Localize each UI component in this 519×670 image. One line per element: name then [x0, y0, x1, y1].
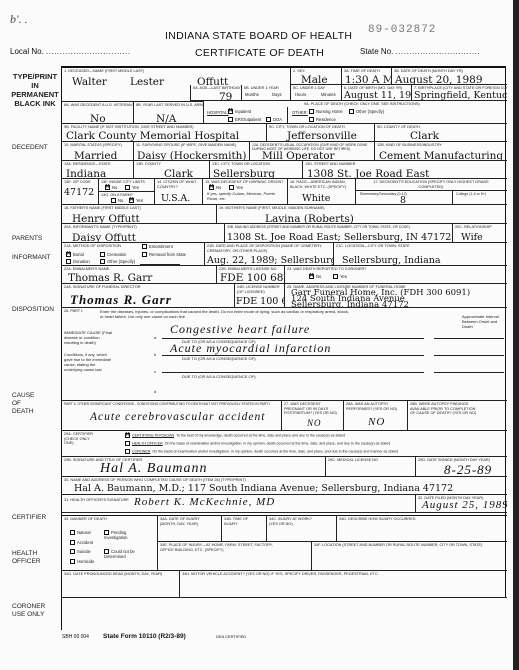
corner-annotation: b'. .	[10, 12, 28, 27]
field-facility[interactable]: 9b. FACILITY NAME (If not institution, g…	[62, 124, 267, 142]
field-completer[interactable]: 30. NAME AND ADDRESS OF PERSON WHO COMPL…	[62, 477, 507, 495]
section-coroner: CORONER USE ONLY	[12, 603, 48, 619]
field-spouse[interactable]: 11. SURVIVING SPOUSE (If wife, give maid…	[134, 142, 250, 161]
field-city-of-death[interactable]: 9c. CITY, TOWN OR LOCATION OF DEATH Jeff…	[267, 124, 375, 142]
coroner-reported-label: 23. WAS DEATH REPORTED TO CORONER?	[287, 267, 366, 272]
informant-address-value: 1308 St. Joe Road East; Sellersburg, IN …	[227, 232, 451, 243]
health-officer-sig-label: 31. HEALTH OFFICER'S SIGNATURE	[64, 498, 129, 503]
inpatient-text: Inpatient	[235, 109, 251, 114]
option-other-disposition[interactable]: Other (Specify)	[100, 259, 135, 264]
er-checkbox[interactable]	[228, 117, 233, 122]
certifying-physician-text: CERTIFYING PHYSICIAN	[132, 433, 174, 437]
informant-name-value: Daisy Offutt	[72, 232, 136, 243]
field-embalmer-license[interactable]: 22b. EMBALMER'S LICENSE NO FDE 100 683	[217, 266, 285, 284]
pregnant-label: 27. WAS DECEDENT PREGNANT OR 90 DAYS POS…	[284, 402, 339, 416]
farm-no[interactable]: No	[111, 198, 123, 203]
certified-mark: DEA CERTIFIED	[216, 634, 246, 639]
interval-b-line	[434, 355, 504, 356]
inside-city-no-checkbox[interactable]	[105, 185, 110, 190]
funeral-license-label: 24b. LICENSE NUMBER (of licensee)	[237, 285, 283, 294]
field-time-of-death[interactable]: 3a. TIME OF DEATH 1:30 A M	[342, 68, 392, 85]
field-on-a-farm: 13g. ON A FARM? No Yes	[99, 192, 155, 205]
field-disposition-method: 21a. METHOD OF DISPOSITION Entombment Bu…	[62, 243, 205, 266]
relationship-value: Wife	[461, 232, 483, 243]
entombment-text: Entombment	[149, 244, 173, 249]
manner-label: 33. MANNER OF DEATH	[64, 517, 107, 522]
motor-vehicle-label: 34h. MOTOR VEHICLE ACCIDENT? (Yes or no)…	[182, 572, 379, 577]
date-of-birth-value: August 11, 1910	[344, 90, 412, 101]
citizen-of-value: U.S.A.	[161, 193, 190, 204]
field-autopsy[interactable]: 28a. WAS AN AUTOPSY PERFORMED? (Yes or n…	[344, 401, 408, 431]
manner-undetermined[interactable]: Could not be Determined	[104, 549, 140, 559]
field-date-of-birth[interactable]: 6. DATE OF BIRTH (Mo. Day Yr) August 11,…	[342, 85, 412, 101]
certificate-form: 1. DECEASED—NAME (First Middle Last) Wal…	[61, 66, 506, 630]
type-print-instruction: TYPE/PRINT IN PERMANENT BLACK INK	[10, 72, 60, 108]
field-residence-city[interactable]: 13c. CITY, TOWN OR LOCATION Sellersburg	[210, 161, 303, 179]
field-marital-status[interactable]: 10. MARITAL STATUS (Specify) Married	[62, 142, 134, 161]
date-filed-value: August 25, 1989	[422, 499, 507, 511]
father-label: 18. FATHER'S NAME (First Middle Last)	[64, 206, 141, 211]
field-residence-county[interactable]: 13b. COUNTY Clark	[134, 161, 210, 179]
suicide-checkbox[interactable]	[70, 549, 75, 554]
field-race[interactable]: 16. RACE—American Indian, Black, White e…	[288, 179, 356, 205]
date-signed-value: 8-25-89	[444, 462, 492, 477]
education-label: 17. DECEDENT'S EDUCATION (Specify only h…	[361, 180, 501, 189]
option-removal[interactable]: Removal from State	[142, 252, 186, 257]
manner-pending[interactable]: Pending Investigation	[104, 530, 139, 540]
section-disposition: DISPOSITION	[12, 306, 54, 314]
hispanic-no-text: No	[216, 185, 221, 190]
hispanic-hint: If yes, specify Cuban, Mexican, Puerto R…	[207, 191, 287, 201]
year-served-value: N/A	[156, 113, 176, 124]
field-manner-of-death: 33. MANNER OF DEATH Natural Pending Inve…	[62, 515, 158, 571]
industry-label: 12b. KIND OF BUSINESS/INDUSTRY	[377, 143, 442, 148]
pending-checkbox[interactable]	[104, 530, 109, 535]
facility-label: 9b. FACILITY NAME (If not institution, g…	[64, 125, 194, 130]
informant-name-label: 20a. INFORMANT'S NAME (Type/Print)	[64, 225, 137, 230]
hispanic-label: 15. WAS DECEDENT OF HISPANIC ORIGIN?	[205, 180, 283, 185]
date-of-death-label: 3b. DATE OF DEATH (Month Day Yr)	[394, 69, 463, 74]
section-cause-of-death: CAUSE OF DEATH	[12, 392, 42, 416]
er-text: ER/Outpatient	[235, 117, 261, 122]
hispanic-yes-checkbox[interactable]	[229, 185, 234, 190]
field-street[interactable]: 13d. STREET AND NUMBER 1308 St. Joe Road…	[303, 161, 507, 179]
embalmer-name-value: Thomas R. Garr	[68, 272, 152, 284]
disposition-place-label: 21b. DATE AND PLACE OF DISPOSITION (Name…	[207, 244, 332, 253]
part1-instructions: Enter the diseases, injuries, or complic…	[100, 309, 350, 319]
field-education: 17. DECEDENT'S EDUCATION (Specify only h…	[356, 179, 507, 205]
health-officer-signature: Robert K. McKechnie, MD	[134, 496, 275, 508]
removal-text: Removal from State	[149, 252, 186, 257]
due-to-c: DUE TO (OR AS A CONSEQUENCE OF):	[182, 374, 257, 379]
mother-value: Lavina (Roberts)	[265, 213, 354, 224]
injury-how-label: 34d. DESCRIBE HOW INJURY OCCURRED	[339, 517, 415, 522]
part2-label: PART II. Other significant conditions - …	[64, 402, 270, 407]
disposition-place-value: Aug. 22, 1989; Sellersburg Cemetery	[207, 255, 334, 266]
farm-yes-text: Yes	[136, 198, 143, 203]
coroner-yes[interactable]: Yes	[333, 274, 347, 279]
street-value: 1308 St. Joe Road East	[307, 168, 429, 179]
burial-checkbox[interactable]	[66, 252, 71, 257]
residence-county-label: 13b. COUNTY	[136, 162, 161, 167]
sex-value: Male	[301, 74, 328, 85]
residence-state-label: 13a. RESIDENCE—STATE	[64, 162, 111, 167]
interval-a-line	[434, 338, 504, 339]
line-b-letter: b	[154, 352, 156, 357]
manner-homicide[interactable]: Homicide	[70, 559, 94, 564]
section-informant: INFORMANT	[12, 254, 51, 262]
field-motor-vehicle[interactable]: 34h. MOTOR VEHICLE ACCIDENT? (Yes or no)…	[180, 571, 507, 598]
homicide-checkbox[interactable]	[70, 559, 75, 564]
residence-city-label: 13c. CITY, TOWN OR LOCATION	[212, 162, 270, 167]
field-sex[interactable]: 2. SEX Male	[291, 68, 342, 85]
health-officer-checkbox[interactable]	[125, 441, 130, 446]
field-certifier-signature[interactable]: 29b. SIGNATURE AND TITLE OF CERTIFIER Ha…	[62, 457, 326, 477]
field-residence-state[interactable]: 13a. RESIDENCE—STATE Indiana	[62, 161, 134, 179]
hispanic-yes[interactable]: Yes	[229, 185, 243, 190]
injury-date-label: 34a. DATE OF INJURY (Month, Day, Year)	[160, 517, 210, 526]
option-other[interactable]: Other (Specify)	[349, 109, 384, 114]
coroner-no-checkbox[interactable]	[309, 274, 314, 279]
field-date-of-death[interactable]: 3b. DATE OF DEATH (Month Day Yr) August …	[392, 68, 507, 85]
certifier-signature: Hal A. Baumann	[100, 461, 207, 477]
city-of-death-value: Jeffersonville	[287, 130, 357, 142]
other-disposition-text: Other (Specify)	[107, 259, 135, 264]
embalmer-license-label: 22b. EMBALMER'S LICENSE NO	[219, 267, 277, 272]
manner-natural[interactable]: Natural	[70, 530, 91, 535]
embalmer-license-value: FDE 100 683	[220, 272, 285, 284]
accident-text: Accident	[77, 540, 93, 545]
option-residence[interactable]: Residence	[309, 117, 336, 122]
field-year-served[interactable]: 8b. YEAR LAST SERVED IN U.S. ARMED FORCE…	[134, 101, 204, 124]
other-checkbox[interactable]	[349, 109, 354, 114]
option-cremation[interactable]: Cremation	[100, 252, 126, 257]
veteran-value: No	[90, 113, 106, 124]
field-under-1-day[interactable]: 5c. UNDER 1 DAY Hours Minutes	[291, 85, 342, 101]
field-place-of-death: 9a. PLACE OF DEATH (Check only one. See …	[204, 101, 507, 124]
field-injury-place[interactable]: 34e. PLACE OF INJURY—At home, farm, stre…	[158, 542, 312, 571]
education-college-label: College (1-4 or 5+)	[456, 192, 486, 196]
inside-city-yes-text: Yes	[132, 185, 139, 190]
field-informant-name[interactable]: 20a. INFORMANT'S NAME (Type/Print) Daisy…	[62, 224, 225, 243]
street-label: 13d. STREET AND NUMBER	[305, 162, 355, 167]
field-certifier-type: 29a. CERTIFIER (Check only one) CERTIFYI…	[62, 431, 507, 457]
disposition-location-value: Sellersburg, Indiana	[342, 255, 441, 266]
nursing-home-checkbox[interactable]	[309, 109, 314, 114]
field-medical-license[interactable]: 29c. MEDICAL LICENSE NO	[326, 457, 416, 477]
hispanic-yes-text: Yes	[236, 185, 243, 190]
age-label: 5a. AGE—Last Birthday (Years)	[193, 86, 242, 91]
coroner-text: CORONER	[132, 449, 150, 453]
section-health-officer: HEALTH OFFICER	[12, 550, 48, 566]
state-no-label: State No.	[360, 47, 393, 56]
time-of-death-value: 1:30 A M	[345, 74, 392, 85]
funeral-director-sig-label: 24a. SIGNATURE OF FUNERAL DIRECTOR	[64, 285, 141, 290]
state-no-field: State No. ..............................…	[360, 47, 480, 56]
race-label: 16. RACE—American Indian, Black, White e…	[290, 180, 352, 189]
coroner-yes-text: Yes	[340, 274, 347, 279]
residence-city-value: Sellersburg	[213, 168, 275, 179]
certifier-type-label: 29a. CERTIFIER (Check only one)	[64, 432, 94, 446]
county-of-death-value: Clark	[410, 130, 439, 142]
donation-checkbox[interactable]	[66, 259, 71, 264]
injury-time-label: 34b. TIME OF INJURY	[224, 517, 254, 526]
field-father[interactable]: 18. FATHER'S NAME (First Middle Last) He…	[62, 205, 217, 224]
coroner-checkbox[interactable]	[125, 449, 130, 454]
citizen-of-label: 14. CITIZEN OF WHAT COUNTRY?	[157, 180, 199, 189]
part2-value: Acute cerebrovascular accident	[90, 411, 265, 423]
donation-text: Donation	[73, 259, 90, 264]
nursing-home-text: Nursing Home	[316, 109, 343, 114]
option-nursing-home[interactable]: Nursing Home	[309, 109, 343, 114]
completer-value: Hal A. Baumann, M.D.; 117 South Indiana …	[74, 483, 453, 494]
field-injury-location[interactable]: 34f. LOCATION (Street and Number or Rura…	[312, 542, 507, 571]
field-injury-date[interactable]: 34a. DATE OF INJURY (Month, Day, Year)	[158, 515, 222, 542]
injury-place-label: 34e. PLACE OF INJURY—At home, farm, stre…	[160, 543, 280, 552]
part1-label: 26. PART I:	[64, 309, 83, 314]
conditions-label: Conditions, if any, which gave rise to t…	[64, 352, 112, 372]
accident-checkbox[interactable]	[70, 540, 75, 545]
field-zip[interactable]: 13e. ZIP CODE 47172	[62, 179, 99, 205]
field-part-2[interactable]: PART II. Other significant conditions - …	[62, 401, 282, 431]
field-occupation[interactable]: 12a. DECEDENT'S USUAL OCCUPATION (Give k…	[250, 142, 375, 161]
inpatient-checkbox[interactable]	[228, 109, 233, 114]
residence-checkbox[interactable]	[309, 117, 314, 122]
field-funeral-license[interactable]: 24b. LICENSE NUMBER (of licensee) FDE 10…	[235, 284, 285, 308]
farm-yes-checkbox[interactable]	[129, 198, 134, 203]
hispanic-no-checkbox[interactable]	[209, 185, 214, 190]
field-pronounced-dead[interactable]: 34g. DATE PRONOUNCED DEAD (Month, Day, Y…	[62, 571, 180, 598]
field-disposition-location[interactable]: 21c. LOCATION—City or Town, State Seller…	[334, 243, 507, 266]
entombment-checkbox[interactable]	[142, 244, 147, 249]
completer-label: 30. NAME AND ADDRESS OF PERSON WHO COMPL…	[64, 478, 246, 483]
field-date-signed[interactable]: 29d. DATE SIGNED (Month Day Year) 8-25-8…	[416, 457, 507, 477]
certificate-title: CERTIFICATE OF DEATH	[195, 47, 324, 59]
minutes-label: Minutes	[321, 92, 336, 97]
disposition-location-label: 21c. LOCATION—City or Town, State	[336, 244, 410, 249]
section-parents: PARENTS	[12, 235, 42, 243]
undetermined-checkbox[interactable]	[104, 549, 109, 554]
field-date-filed[interactable]: 32. DATE FILED (Month Day Year) August 2…	[416, 495, 507, 513]
field-informant-address[interactable]: 20b. MAILING ADDRESS (Street and Number …	[225, 224, 453, 243]
spouse-value: Daisy (Hockersmith)	[137, 150, 247, 161]
immediate-cause-label: IMMEDIATE CAUSE (Final disease or condit…	[64, 330, 112, 345]
cremation-text: Cremation	[107, 252, 126, 257]
pregnant-value: NO	[307, 418, 322, 428]
coroner-no[interactable]: No	[309, 274, 321, 279]
form-bottom-margin	[62, 598, 507, 632]
section-part-1: 26. PART I: Enter the diseases, injuries…	[62, 308, 507, 401]
farm-no-text: No	[118, 198, 123, 203]
interval-label: Approximate Interval Between Onset and D…	[462, 314, 504, 329]
farm-no-checkbox[interactable]	[111, 198, 116, 203]
first-name: Walter	[72, 76, 107, 88]
field-embalmer-name[interactable]: 22a. EMBALMER'S NAME Thomas R. Garr	[62, 266, 217, 284]
natural-checkbox[interactable]	[70, 530, 75, 535]
inside-city-yes-checkbox[interactable]	[125, 185, 130, 190]
residence-county-value: Clark	[164, 168, 193, 179]
section-certifier: CERTIFIER	[12, 514, 46, 522]
field-inside-city-limits: 13f. INSIDE CITY LIMITS No Yes	[99, 179, 155, 192]
zip-value: 47172	[64, 187, 94, 198]
field-pregnant[interactable]: 27. WAS DECEDENT PREGNANT OR 90 DAYS POS…	[282, 401, 344, 431]
field-birthplace[interactable]: 7. BIRTHPLACE (City and State or Foreign…	[412, 85, 507, 101]
field-coroner-reported: 23. WAS DEATH REPORTED TO CORONER? No Ye…	[285, 266, 507, 284]
medical-license-label: 29c. MEDICAL LICENSE NO	[328, 458, 378, 463]
city-of-death-label: 9c. CITY, TOWN OR LOCATION OF DEATH	[269, 125, 345, 130]
death-certificate: b'. . INDIANA STATE BOARD OF HEALTH CERT…	[0, 0, 519, 670]
certifying-physician-statement: To the best of my knowledge, death occur…	[176, 433, 345, 437]
health-officer-text: HEALTH OFFICER	[132, 441, 163, 445]
section-decedent: DECEDENT	[12, 144, 48, 152]
father-value: Henry Offutt	[72, 213, 140, 224]
field-mother[interactable]: 19. MOTHER'S NAME (First, Middle, Maiden…	[217, 205, 507, 224]
doa-checkbox[interactable]	[266, 117, 271, 122]
mother-label: 19. MOTHER'S NAME (First, Middle, Maiden…	[219, 206, 325, 211]
field-hispanic: 15. WAS DECEDENT OF HISPANIC ORIGIN? No …	[203, 179, 288, 205]
informant-address-label: 20b. MAILING ADDRESS (Street and Number …	[227, 225, 410, 230]
removal-checkbox[interactable]	[142, 252, 147, 257]
occupation-value: Mill Operator	[262, 150, 335, 161]
facility-value: Clark County Memorial Hospital	[66, 130, 239, 142]
state-no-dots: ...............................	[396, 47, 480, 56]
marital-status-value: Married	[74, 150, 117, 161]
field-veteran[interactable]: 8a. WAS DECEDENT A U.S. VETERAN? No	[62, 101, 134, 124]
spouse-label: 11. SURVIVING SPOUSE (If wife, give maid…	[136, 143, 236, 148]
line-d-letter: d	[154, 389, 156, 394]
inside-city-no-text: No	[112, 185, 117, 190]
interval-c-line	[434, 372, 504, 373]
local-no-label: Local No.	[10, 47, 44, 56]
cause-b-value[interactable]: Acute myocardial infarction	[170, 341, 331, 356]
days-label: Days	[272, 92, 282, 97]
field-under-1-year[interactable]: 5b. UNDER 1 YEAR Months Days	[242, 85, 291, 101]
field-age[interactable]: 5a. AGE—Last Birthday (Years) 79	[190, 85, 242, 101]
option-er-outpatient[interactable]: ER/Outpatient	[228, 117, 261, 122]
other-text: Other (Specify)	[356, 109, 384, 114]
embalmer-name-label: 22a. EMBALMER'S NAME	[64, 267, 109, 272]
residence-text: Residence	[316, 117, 336, 122]
coroner-no-text: No	[316, 274, 321, 279]
hours-label: Hours	[295, 92, 306, 97]
option-burial[interactable]: Burial	[66, 252, 84, 257]
option-inpatient[interactable]: Inpatient	[228, 109, 251, 114]
field-relationship[interactable]: 20c. Relationship Wife	[453, 224, 507, 243]
disposition-method-label: 21a. METHOD OF DISPOSITION	[64, 244, 121, 249]
field-disposition-place[interactable]: 21b. DATE AND PLACE OF DISPOSITION (Name…	[205, 243, 334, 266]
autopsy-label: 28a. WAS AN AUTOPSY PERFORMED? (Yes or n…	[346, 402, 401, 411]
field-injury-at-work[interactable]: 34c. INJURY AT WORK? (Yes or no)	[267, 515, 337, 542]
age-value: 79	[219, 91, 232, 101]
field-citizen-of[interactable]: 14. CITIZEN OF WHAT COUNTRY? U.S.A.	[155, 179, 203, 205]
under-1-year-label: 5b. UNDER 1 YEAR	[244, 86, 279, 91]
option-doa[interactable]: DOA	[266, 117, 282, 122]
year-served-label: 8b. YEAR LAST SERVED IN U.S. ARMED FORCE…	[136, 103, 204, 108]
line-a-letter: a	[154, 335, 156, 340]
name-label: 1. DECEASED—NAME (First Middle Last)	[64, 69, 144, 74]
health-officer-statement: On the basis of examination and/or inves…	[165, 441, 391, 445]
relationship-label: 20c. Relationship	[455, 225, 492, 230]
serial-number: 89-032872	[368, 24, 436, 36]
option-health-officer[interactable]: HEALTH OFFICER On the basis of examinati…	[125, 441, 390, 446]
marital-status-label: 10. MARITAL STATUS (Specify)	[64, 143, 122, 148]
homicide-text: Homicide	[77, 559, 94, 564]
form-number: State Form 10110 (R2/3-89)	[103, 633, 186, 640]
field-industry[interactable]: 12b. KIND OF BUSINESS/INDUSTRY Cement Ma…	[375, 142, 507, 161]
agency-title: INDIANA STATE BOARD OF HEALTH	[165, 30, 352, 42]
option-donation[interactable]: Donation	[66, 259, 90, 264]
cremation-checkbox[interactable]	[100, 252, 105, 257]
injury-at-work-label: 34c. INJURY AT WORK? (Yes or no)	[269, 517, 319, 526]
autopsy-findings-label: 28b. WERE AUTOPSY FINDINGS AVAILABLE PRI…	[410, 402, 480, 416]
race-value: White	[302, 193, 330, 204]
certifying-physician-checkbox[interactable]	[125, 433, 130, 438]
inside-city-yes[interactable]: Yes	[125, 185, 139, 190]
field-funeral-home[interactable]: 25. NAME, ADDRESS AND LICENSE NUMBER OF …	[285, 284, 507, 308]
sex-label: 2. SEX	[293, 69, 305, 74]
scan-edge	[513, 0, 519, 670]
county-of-death-label: 9d. COUNTY OF DEATH	[377, 125, 420, 130]
field-funeral-director-signature[interactable]: 24a. SIGNATURE OF FUNERAL DIRECTOR Thoma…	[62, 284, 235, 308]
manner-accident[interactable]: Accident	[70, 540, 93, 545]
form-code: SBH 00 004	[62, 634, 89, 640]
immediate-cause-value[interactable]: Congestive heart failure	[170, 322, 310, 337]
autopsy-value: NO	[368, 416, 385, 428]
burial-text: Burial	[73, 252, 84, 257]
place-of-death-label: 9a. PLACE OF DEATH (Check only one. See …	[304, 102, 420, 107]
option-certifying-physician[interactable]: CERTIFYING PHYSICIAN To the best of my k…	[125, 433, 345, 438]
coroner-statement: On the basis of examination and/or inves…	[152, 449, 398, 453]
pronounced-dead-label: 34g. DATE PRONOUNCED DEAD (Month, Day, Y…	[64, 572, 162, 577]
time-of-death-label: 3a. TIME OF DEATH	[344, 69, 380, 74]
middle-name: Lester	[130, 76, 164, 88]
field-injury-how[interactable]: 34d. DESCRIBE HOW INJURY OCCURRED	[337, 515, 507, 542]
line-c-letter: c	[154, 369, 156, 374]
field-injury-time[interactable]: 34b. TIME OF INJURY	[222, 515, 267, 542]
funeral-license-value: FDE 100 683	[236, 296, 285, 307]
natural-text: Natural	[77, 530, 91, 535]
funeral-home-line3: Sellersburg, Indiana 47172	[291, 301, 409, 308]
option-coroner[interactable]: CORONER On the basis of examination and/…	[125, 449, 398, 454]
doa-text: DOA	[273, 117, 282, 122]
birthplace-value: Springfield, Kentucky	[414, 90, 507, 101]
under-1-day-label: 5c. UNDER 1 DAY	[293, 86, 325, 91]
manner-suicide[interactable]: Suicide	[70, 549, 91, 554]
hospital-label: HOSPITAL:	[207, 110, 229, 115]
date-of-death-value: August 20, 1989	[395, 74, 483, 85]
hispanic-no[interactable]: No	[209, 185, 221, 190]
funeral-director-signature: Thomas R. Garr	[70, 292, 172, 308]
field-autopsy-findings[interactable]: 28b. WERE AUTOPSY FINDINGS AVAILABLE PRI…	[408, 401, 507, 431]
other-label: OTHER:	[292, 110, 308, 115]
inside-city-no[interactable]: No	[105, 185, 117, 190]
coroner-yes-checkbox[interactable]	[333, 274, 338, 279]
other-disposition-checkbox[interactable]	[100, 259, 105, 264]
injury-location-label: 34f. LOCATION (Street and Number or Rura…	[314, 543, 482, 548]
education-elem-value[interactable]: 8	[400, 195, 406, 205]
months-label: Months	[245, 92, 259, 97]
field-health-officer-signature[interactable]: 31. HEALTH OFFICER'S SIGNATURE Robert K.…	[62, 495, 416, 513]
zip-label: 13e. ZIP CODE	[64, 180, 91, 185]
residence-state-value: Indiana	[66, 168, 106, 179]
suicide-text: Suicide	[77, 549, 91, 554]
farm-yes[interactable]: Yes	[129, 198, 143, 203]
local-no-dots: ...............................	[46, 47, 130, 56]
option-entombment[interactable]: Entombment	[142, 244, 173, 249]
veteran-label: 8a. WAS DECEDENT A U.S. VETERAN?	[64, 103, 134, 108]
field-county-of-death[interactable]: 9d. COUNTY OF DEATH Clark	[375, 124, 507, 142]
local-no-field: Local No. ..............................…	[10, 47, 130, 56]
